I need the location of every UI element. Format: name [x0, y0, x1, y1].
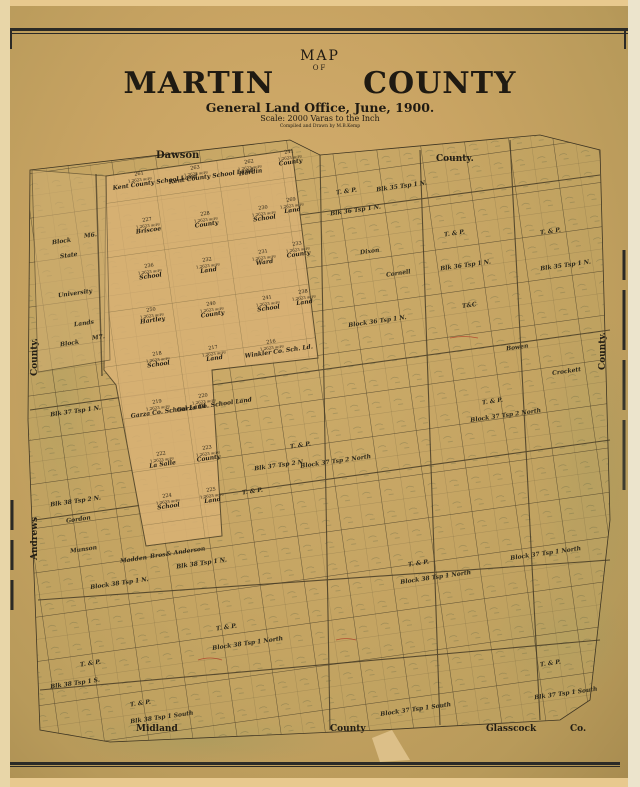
map-scale: Scale: 2000 Varas to the Inch	[0, 114, 640, 123]
border-label-east-county: County.	[598, 332, 608, 370]
map-compiled-by: Compiled and Drawn by M.B.Kemp	[0, 124, 640, 129]
map-subtitle: General Land Office, June, 1900.	[0, 100, 640, 115]
border-label-north-county: County.	[436, 154, 474, 164]
title-county-left: MARTIN	[124, 66, 275, 101]
border-label-south-county: County	[330, 724, 366, 734]
border-label-glasscock: Glasscock	[486, 724, 536, 734]
bottom-border-line	[10, 762, 620, 767]
title-map-word: MAP	[0, 48, 640, 64]
border-label-midland: Midland	[136, 724, 178, 734]
border-label-west-county: County.	[30, 338, 40, 376]
title-county-right: COUNTY	[363, 66, 516, 101]
border-label-co: Co.	[570, 724, 586, 734]
map-sheet: MAP OF MARTIN COUNTY General Land Office…	[0, 0, 640, 787]
top-border-line	[10, 28, 628, 49]
border-label-andrews: Andrews	[30, 517, 40, 560]
border-label-dawson: Dawson	[156, 150, 199, 161]
title-county-name: MARTIN COUNTY	[0, 66, 640, 101]
